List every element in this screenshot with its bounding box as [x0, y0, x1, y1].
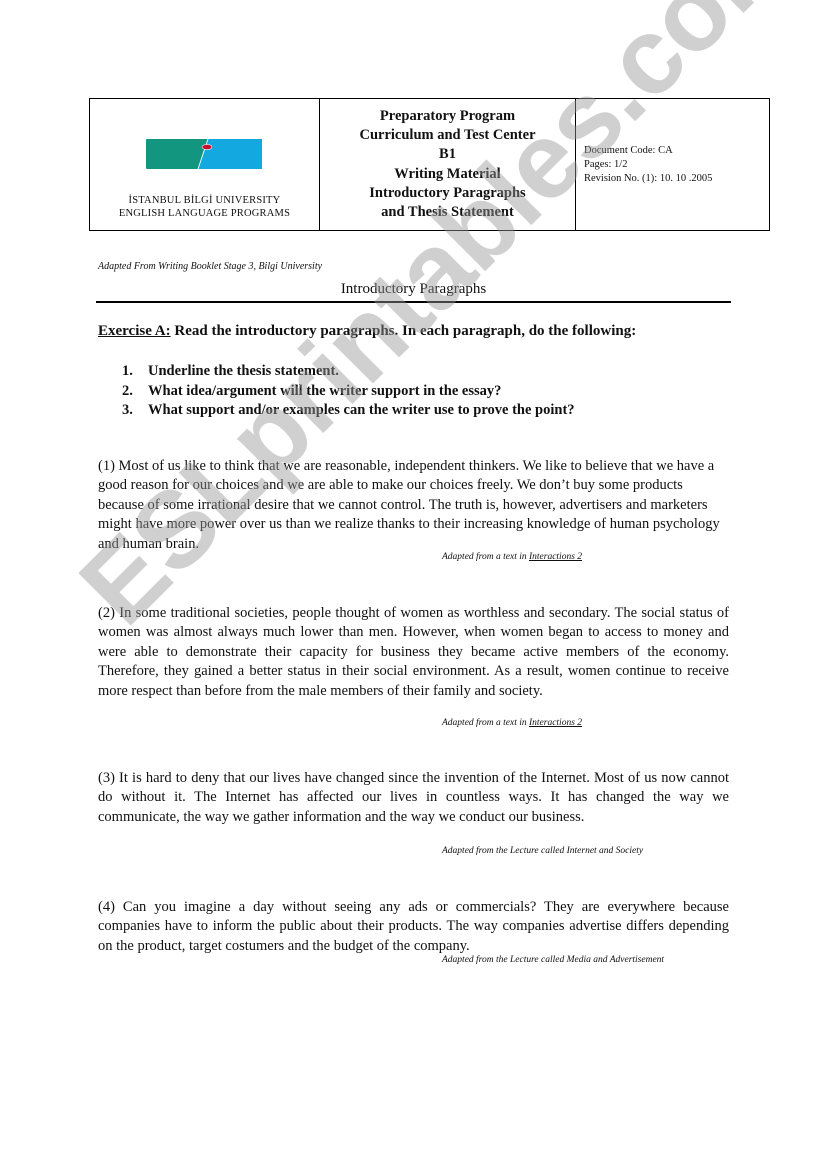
document-header-table: İSTANBUL BİLGİ UNIVERSITY ENGLISH LANGUA…	[89, 98, 770, 231]
credit-prefix: Adapted from a text in	[442, 552, 529, 562]
task-text: What support and/or examples can the wri…	[148, 401, 575, 421]
credit-prefix: Adapted from the Lecture called Internet…	[442, 846, 643, 856]
exercise-label: Exercise A:	[98, 323, 171, 339]
task-number: 1.	[122, 362, 148, 382]
university-logo-icon	[146, 139, 262, 169]
task-text: What idea/argument will the writer suppo…	[148, 382, 501, 402]
task-list: 1.Underline the thesis statement. 2.What…	[122, 362, 575, 421]
credit-source: Interactions 2	[529, 718, 582, 728]
credit-prefix: Adapted from the Lecture called Media an…	[442, 955, 664, 965]
level-title: B1	[439, 145, 456, 164]
exercise-heading: Exercise A: Read the introductory paragr…	[98, 323, 636, 340]
header-title-cell: Preparatory Program Curriculum and Test …	[320, 99, 576, 230]
section-title: Introductory Paragraphs	[96, 281, 731, 303]
task-text: Underline the thesis statement.	[148, 362, 339, 382]
university-line: İSTANBUL BİLGİ UNIVERSITY	[90, 194, 319, 207]
revision-number: Revision No. (1): 10. 10 .2005	[584, 172, 769, 186]
credit-source: Interactions 2	[529, 552, 582, 562]
paragraph-1-credit: Adapted from a text in Interactions 2	[442, 552, 582, 562]
task-item: 3.What support and/or examples can the w…	[122, 401, 575, 421]
programs-line: ENGLISH LANGUAGE PROGRAMS	[90, 207, 319, 220]
exercise-instruction: Read the introductory paragraphs. In eac…	[171, 323, 637, 339]
page-count: Pages: 1/2	[584, 158, 769, 172]
program-title: Preparatory Program	[380, 107, 515, 126]
material-title: Writing Material	[394, 165, 500, 184]
paragraph-2: (2) In some traditional societies, peopl…	[98, 604, 729, 701]
topic-subtitle: and Thesis Statement	[381, 203, 514, 222]
header-meta-cell: Document Code: CA Pages: 1/2 Revision No…	[576, 99, 769, 230]
document-code: Document Code: CA	[584, 144, 769, 158]
paragraph-2-credit: Adapted from a text in Interactions 2	[442, 718, 582, 728]
paragraph-1: (1) Most of us like to think that we are…	[98, 457, 729, 554]
task-item: 1.Underline the thesis statement.	[122, 362, 575, 382]
paragraph-3: (3) It is hard to deny that our lives ha…	[98, 769, 729, 827]
task-number: 3.	[122, 401, 148, 421]
source-note: Adapted From Writing Booklet Stage 3, Bi…	[98, 261, 322, 272]
center-title: Curriculum and Test Center	[359, 126, 535, 145]
paragraph-3-credit: Adapted from the Lecture called Internet…	[442, 846, 643, 856]
header-logo-cell: İSTANBUL BİLGİ UNIVERSITY ENGLISH LANGUA…	[90, 99, 320, 230]
university-name: İSTANBUL BİLGİ UNIVERSITY ENGLISH LANGUA…	[90, 194, 319, 220]
task-number: 2.	[122, 382, 148, 402]
paragraph-4: (4) Can you imagine a day without seeing…	[98, 898, 729, 956]
credit-prefix: Adapted from a text in	[442, 718, 529, 728]
topic-title: Introductory Paragraphs	[369, 184, 525, 203]
task-item: 2.What idea/argument will the writer sup…	[122, 382, 575, 402]
paragraph-4-credit: Adapted from the Lecture called Media an…	[442, 955, 664, 965]
